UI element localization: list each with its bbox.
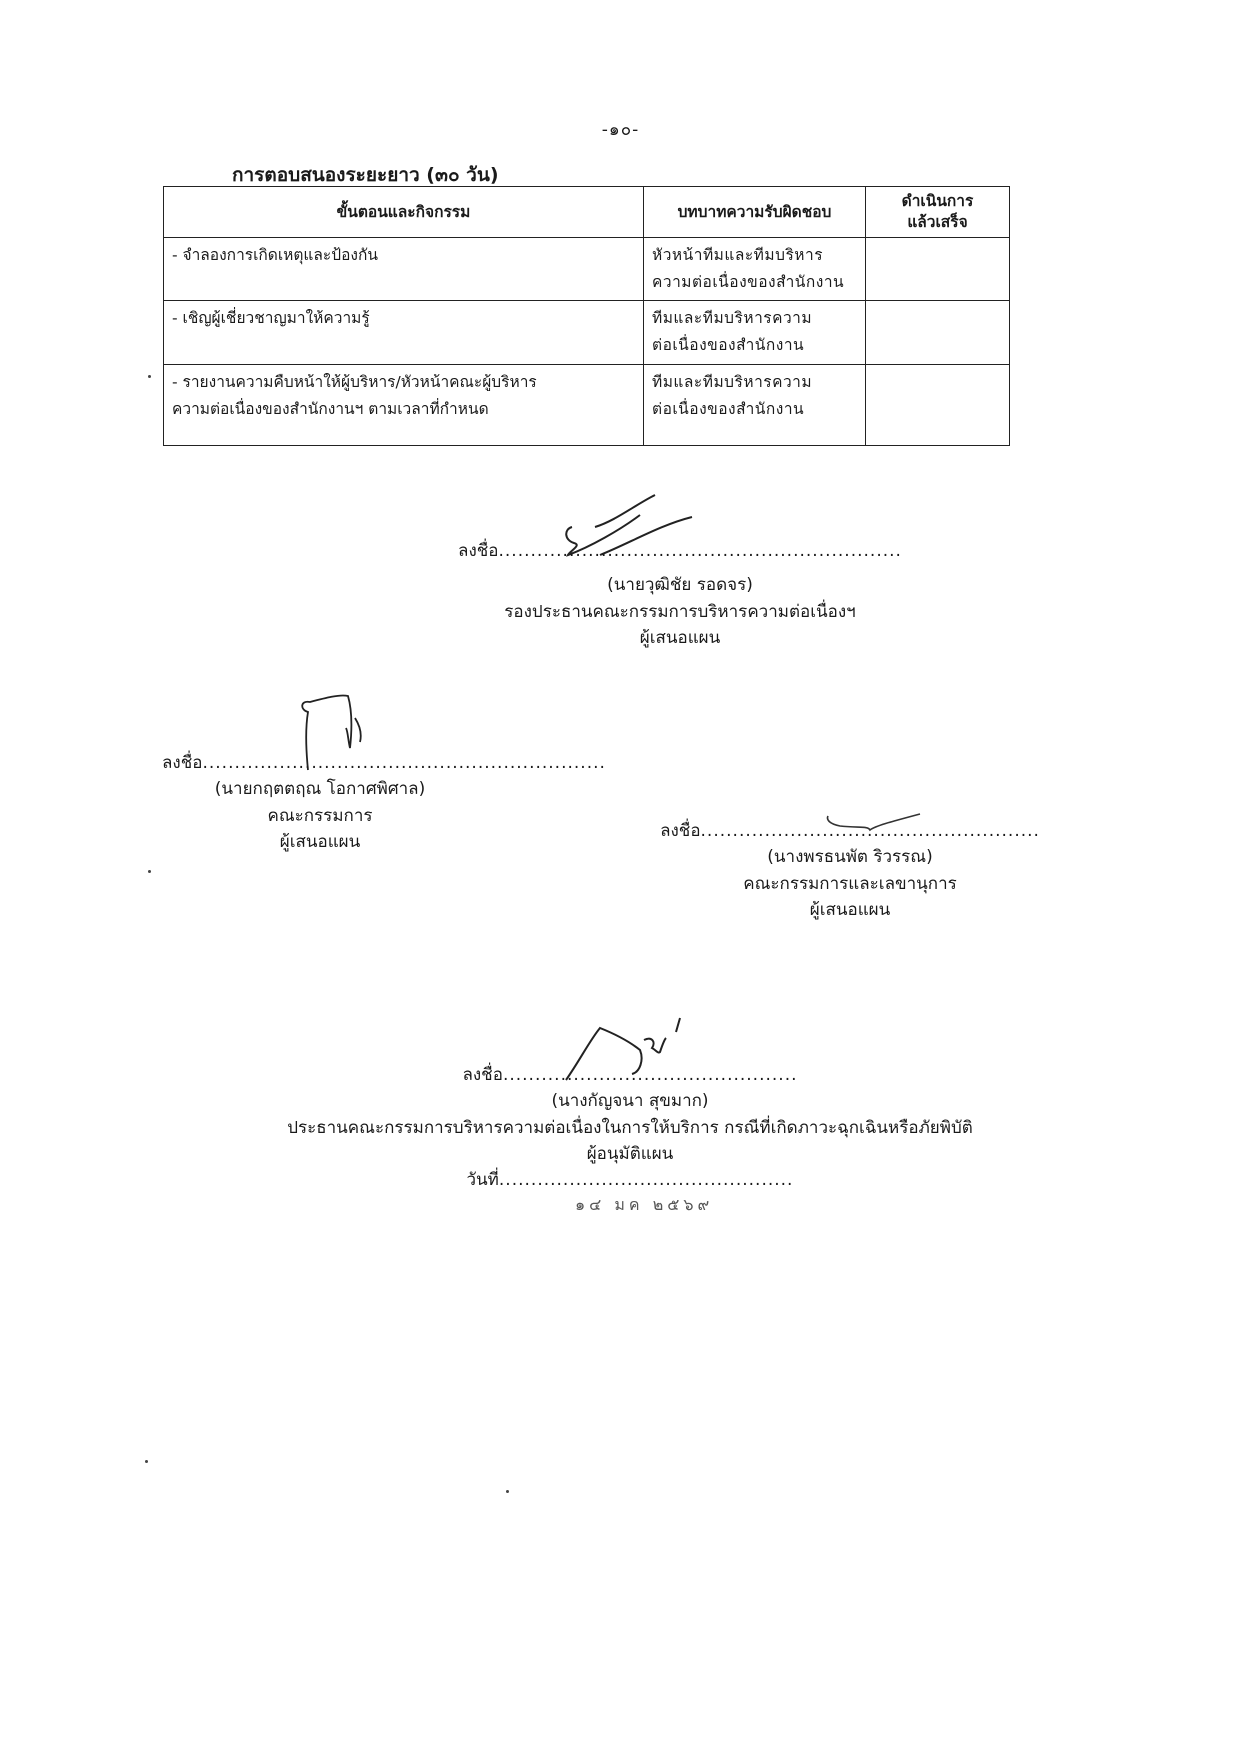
header-activity: ขั้นตอนและกิจกรรม bbox=[164, 187, 644, 238]
table-row: - จำลองการเกิดเหตุและป้องกัน หัวหน้าทีมแ… bbox=[164, 238, 1010, 301]
date-dots: ........................................… bbox=[499, 1170, 794, 1190]
scan-speck bbox=[145, 1460, 148, 1463]
sign-line: ลงชื่อ..................................… bbox=[200, 1062, 1060, 1088]
activity-cell: - จำลองการเกิดเหตุและป้องกัน bbox=[164, 238, 644, 301]
done-cell bbox=[866, 301, 1010, 364]
signature-block-committee-member: ลงชื่อ..................................… bbox=[130, 750, 550, 855]
role-line: ต่อเนื่องของสำนักงาน bbox=[652, 396, 857, 423]
table-row: - รายงานความคืบหน้าให้ผู้บริหาร/หัวหน้าค… bbox=[164, 364, 1010, 445]
activity-line: ความต่อเนื่องของสำนักงานฯ ตามเวลาที่กำหน… bbox=[172, 396, 635, 423]
sign-dots: ........................................… bbox=[499, 541, 902, 561]
done-cell bbox=[866, 238, 1010, 301]
role-cell: หัวหน้าทีมและทีมบริหาร ความต่อเนื่องของส… bbox=[644, 238, 866, 301]
role-cell: ทีมและทีมบริหารความ ต่อเนื่องของสำนักงาน bbox=[644, 364, 866, 445]
signer-title: คณะกรรมการและเลขานุการ bbox=[640, 871, 1060, 897]
signer-name: (นางพรธนพัต ริวรรณ) bbox=[640, 844, 1060, 870]
header-role: บทบาทความรับผิดชอบ bbox=[644, 187, 866, 238]
signer-role: ผู้เสนอแผน bbox=[300, 625, 1060, 651]
signer-title: รองประธานคณะกรรมการบริหารความต่อเนื่องฯ bbox=[300, 599, 1060, 625]
signer-role: ผู้เสนอแผน bbox=[640, 897, 1060, 923]
scan-speck bbox=[148, 870, 151, 873]
sign-label: ลงชื่อ bbox=[458, 541, 498, 561]
signature-block-secretary: ลงชื่อ..................................… bbox=[640, 818, 1060, 923]
role-line: หัวหน้าทีมและทีมบริหาร bbox=[652, 242, 857, 269]
header-done-line2: แล้วเสร็จ bbox=[872, 212, 1003, 233]
scan-speck bbox=[506, 1490, 509, 1493]
sign-label: ลงชื่อ bbox=[162, 753, 202, 773]
sign-label: ลงชื่อ bbox=[660, 821, 700, 841]
signature-block-vice-chair: ลงชื่อ..................................… bbox=[300, 538, 1060, 651]
signer-name: (นายกฤตตฤณ โอกาศพิศาล) bbox=[180, 776, 460, 802]
scan-speck bbox=[148, 375, 151, 378]
handwritten-date: ๑๔ มค ๒๕๖๙ bbox=[575, 1193, 713, 1218]
sign-dots: ........................................… bbox=[503, 1065, 798, 1085]
role-line: ทีมและทีมบริหารความ bbox=[652, 369, 857, 396]
signature-block-chair: ลงชื่อ..................................… bbox=[200, 1062, 1060, 1194]
role-line: ต่อเนื่องของสำนักงาน bbox=[652, 332, 857, 359]
response-plan-table: ขั้นตอนและกิจกรรม บทบาทความรับผิดชอบ ดำเ… bbox=[163, 186, 1010, 446]
signer-name: (นางกัญจนา สุขมาก) bbox=[200, 1088, 1060, 1114]
date-line: วันที่..................................… bbox=[200, 1167, 1060, 1193]
table-header-row: ขั้นตอนและกิจกรรม บทบาทความรับผิดชอบ ดำเ… bbox=[164, 187, 1010, 238]
role-line: ความต่อเนื่องของสำนักงาน bbox=[652, 269, 857, 296]
header-done-line1: ดำเนินการ bbox=[872, 191, 1003, 212]
signer-title: ประธานคณะกรรมการบริหารความต่อเนื่องในการ… bbox=[200, 1115, 1060, 1141]
signer-name: (นายวุฒิชัย รอดจร) bbox=[300, 572, 1060, 598]
header-done: ดำเนินการ แล้วเสร็จ bbox=[866, 187, 1010, 238]
sign-line: ลงชื่อ..................................… bbox=[640, 818, 1060, 844]
signer-role: ผู้เสนอแผน bbox=[180, 829, 460, 855]
role-line: ทีมและทีมบริหารความ bbox=[652, 305, 857, 332]
sign-line: ลงชื่อ..................................… bbox=[162, 750, 550, 776]
table-row: - เชิญผู้เชี่ยวชาญมาให้ความรู้ ทีมและทีม… bbox=[164, 301, 1010, 364]
page-number: -๑๐- bbox=[0, 116, 1241, 143]
sign-dots: ........................................… bbox=[701, 821, 1040, 841]
done-cell bbox=[866, 364, 1010, 445]
sign-dots: ........................................… bbox=[202, 753, 605, 773]
role-cell: ทีมและทีมบริหารความ ต่อเนื่องของสำนักงาน bbox=[644, 301, 866, 364]
date-label: วันที่ bbox=[467, 1170, 499, 1190]
activity-cell: - รายงานความคืบหน้าให้ผู้บริหาร/หัวหน้าค… bbox=[164, 364, 644, 445]
activity-line: - รายงานความคืบหน้าให้ผู้บริหาร/หัวหน้าค… bbox=[172, 369, 635, 396]
sign-label: ลงชื่อ bbox=[462, 1065, 502, 1085]
signer-title: คณะกรรมการ bbox=[180, 803, 460, 829]
activity-cell: - เชิญผู้เชี่ยวชาญมาให้ความรู้ bbox=[164, 301, 644, 364]
sign-line: ลงชื่อ..................................… bbox=[300, 538, 1060, 564]
signer-role: ผู้อนุมัติแผน bbox=[200, 1141, 1060, 1167]
